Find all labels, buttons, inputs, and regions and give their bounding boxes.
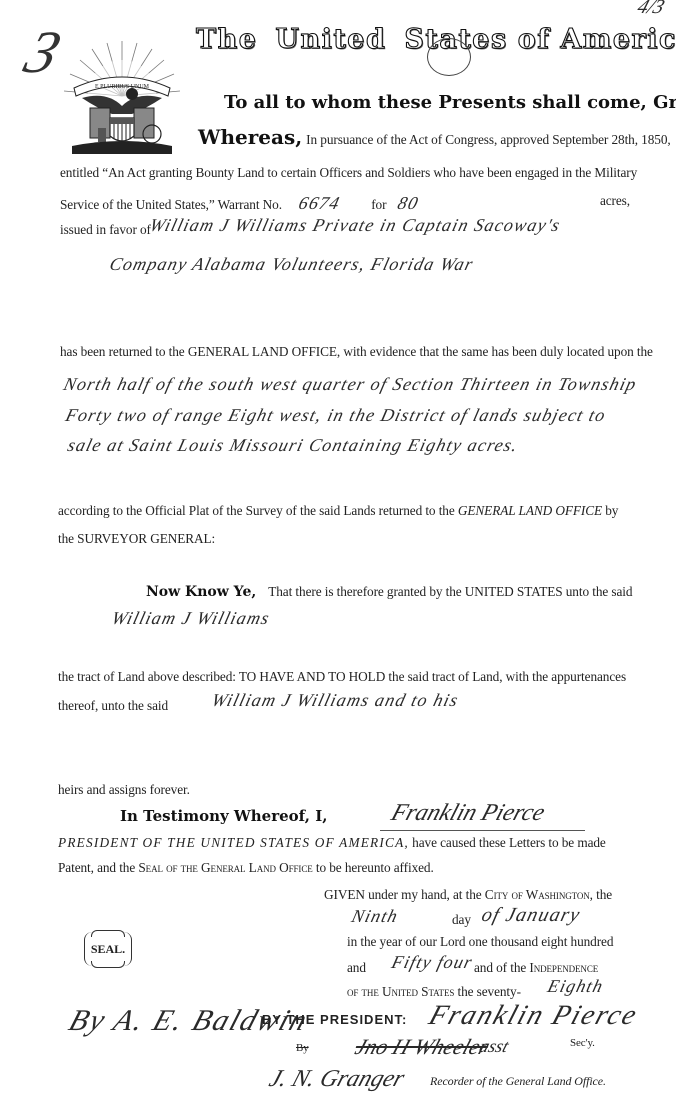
independence-text: Independence [529,960,598,975]
plat-text: according to the Official Plat of the Su… [58,503,455,518]
day-value: Ninth [349,906,400,927]
plat-line-2: the SURVEYOR GENERAL: [58,531,215,547]
the-text: the [596,887,612,902]
and-label: and [347,960,366,976]
by-label: By [296,1042,309,1054]
patent-text: Patent, and the [58,860,135,875]
president-signature: Franklin Pierce [425,1000,642,1032]
testimony-lead: In Testimony Whereof, I, [120,807,327,825]
plat-office: GENERAL LAND OFFICE [458,503,602,518]
now-know-line: Now Know Ye, That there is therefore gra… [146,583,632,601]
whereas-line-2: entitled “An Act granting Bounty Land to… [60,165,637,181]
month-value: of January [479,904,583,927]
tract-line-2: thereof, unto the said [58,698,168,714]
secretary-signature: Jno H Wheeler [352,1034,492,1060]
signature-line [380,830,585,831]
seventy-text: the seventy- [457,984,520,999]
whereas-lead: Whereas, [198,125,302,149]
eagle-emblem-icon: E PLURIBUS UNUM [52,36,192,156]
of-flourish [427,38,471,76]
now-know-text: That there is therefore granted by the U… [268,584,632,599]
greeting: To all to whom these Presents shall come… [224,92,676,113]
united-states-text: of the United States [347,984,454,999]
seal-text: Seal of the General Land Office [138,860,312,875]
affixed-text: to be hereunto affixed. [316,860,434,875]
independence-year: Eighth [545,976,605,997]
given-text: GIVEN under my hand, at the [324,887,482,902]
whereas-line-3: Service of the United States,” Warrant N… [60,193,630,214]
page-number: 4/3 [635,0,668,19]
warrant-label: Service of the United States,” Warrant N… [60,197,282,212]
warrant-number: 6674 [297,193,343,214]
title-word: United [275,24,386,55]
title-word: of [518,24,551,55]
given-line-3: in the year of our Lord one thousand eig… [347,934,613,950]
by-the-president: BY THE PRESIDENT: [262,1012,407,1027]
grantee-description-2: Company Alabama Volunteers, Florida War [107,254,476,275]
given-line-1: GIVEN under my hand, at the City of Wash… [324,887,612,903]
tract-grantee: William J Williams and to his [209,690,461,711]
grantee-description-1: William J Williams Private in Captain Sa… [147,215,562,236]
president-title: PRESIDENT OF THE UNITED STATES OF AMERIC… [58,835,409,850]
testimony-line-2: Patent, and the Seal of the General Land… [58,860,434,876]
city-text: City of Washington, [485,887,593,902]
land-description-1: North half of the south west quarter of … [61,374,639,395]
title-word: America, [560,24,676,55]
secretary-initials: asst [477,1036,512,1057]
day-label: day [452,912,471,928]
title-word: The [196,24,257,55]
plat-by: by [605,503,618,518]
given-line-4: and of the Independence [474,960,598,976]
tract-line-1: the tract of Land above described: TO HA… [58,669,626,685]
land-description-3: sale at Saint Louis Missouri Containing … [65,435,520,456]
whereas-line-1: Whereas, In pursuance of the Act of Cong… [198,125,671,149]
acres-count: 80 [395,193,421,214]
president-name-signature: Franklin Pierce [388,800,549,827]
for-label: for [371,197,386,212]
plat-line-1: according to the Official Plat of the Su… [58,503,618,519]
testimony-line-1: PRESIDENT OF THE UNITED STATES OF AMERIC… [58,835,606,851]
given-line-5: of the United States the seventy- [347,984,521,1000]
seal-label: SEAL. [91,942,125,957]
heirs-line: heirs and assigns forever. [58,782,190,798]
grantee-name: William J Williams [109,608,272,629]
now-know-lead: Now Know Ye, [146,584,256,600]
recorder-signature: J. N. Granger [266,1066,408,1093]
secretary-title: Sec'y. [570,1037,595,1049]
land-description-2: Forty two of range Eight west, in the Di… [63,405,608,426]
recorder-title: Recorder of the General Land Office. [430,1074,606,1089]
year-value: Fifty four [389,952,475,973]
returned-line: has been returned to the GENERAL LAND OF… [60,344,653,360]
acres-label: acres, [600,193,630,209]
testimony-text: have caused these Letters to be made [412,835,606,850]
issued-label: issued in favor of [60,222,151,238]
seal-mark: SEAL. [84,932,132,966]
whereas-text: In pursuance of the Act of Congress, app… [306,132,670,147]
svg-text:E PLURIBUS UNUM: E PLURIBUS UNUM [95,84,150,90]
of-the-text: and of the [474,960,526,975]
